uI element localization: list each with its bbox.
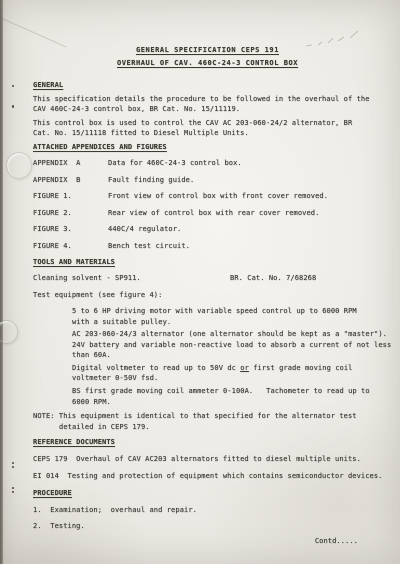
figure-text: Front view of control box with front cov… bbox=[108, 192, 328, 200]
title-text: OVERHAUL OF CAV. 460C-24-3 CONTROL BOX bbox=[117, 59, 298, 67]
equipment-item: Digital voltmeter to read up to 50V dc o… bbox=[72, 363, 382, 384]
figure-label: FIGURE 1. bbox=[33, 191, 108, 201]
paper-crease bbox=[2, 18, 66, 47]
equipment-item: 5 to 6 HP driving motor with variable sp… bbox=[72, 306, 382, 327]
punch-hole-emboss bbox=[0, 320, 18, 344]
equipment-line: than 60A. bbox=[72, 350, 382, 360]
figure-label: FIGURE 3. bbox=[33, 224, 108, 234]
note-line: NOTE: This equipment is identical to tha… bbox=[33, 411, 382, 421]
continued-marker: Contd..... bbox=[33, 536, 358, 546]
solvent-row: Cleaning solvent - SP911. BR. Cat. No. 7… bbox=[33, 273, 382, 283]
figure-label: FIGURE 2. bbox=[33, 208, 108, 218]
general-paragraph-2: This control box is used to control the … bbox=[33, 118, 382, 139]
note-line: detailed in CEPS 179. bbox=[59, 422, 382, 432]
appendix-row: APPENDIX BFault finding guide. bbox=[33, 175, 382, 185]
note-paragraph: NOTE: This equipment is identical to tha… bbox=[33, 411, 382, 432]
figure-text: 440C/4 regulator. bbox=[108, 225, 181, 233]
ink-speck bbox=[12, 462, 14, 464]
test-equipment-intro: Test equipment (see figure 4): bbox=[33, 290, 382, 300]
punch-hole-emboss bbox=[6, 152, 32, 179]
figure-row: FIGURE 3.440C/4 regulator. bbox=[33, 224, 382, 234]
paragraph-line: This specification details the procedure… bbox=[33, 94, 382, 104]
ink-speck bbox=[12, 487, 14, 489]
reference-item: CEPS 179 Overhaul of CAV AC203 alternato… bbox=[33, 454, 382, 464]
ink-speck bbox=[12, 491, 14, 493]
solvent-text: Cleaning solvent - SP911. bbox=[33, 274, 141, 282]
procedure-item: 2. Testing. bbox=[33, 521, 382, 531]
paragraph-line: This control box is used to control the … bbox=[33, 118, 382, 128]
underlined-word: or bbox=[240, 364, 249, 372]
appendix-label: APPENDIX A bbox=[33, 158, 108, 168]
document-title-line1: GENERAL SPECIFICATION CEPS 191 bbox=[33, 45, 382, 55]
section-heading-general: GENERAL bbox=[33, 80, 382, 90]
equipment-line: 24V battery and variable non-reactive lo… bbox=[72, 340, 382, 350]
equipment-line: voltmeter 0-50V fsd. bbox=[72, 373, 382, 383]
paragraph-line: CAV 460C-24-3 control box, BR Cat. No. 1… bbox=[33, 104, 382, 114]
equipment-line: AC 203-060-24/3 alternator (one alternat… bbox=[72, 329, 382, 339]
document-content: GENERAL SPECIFICATION CEPS 191 OVERHAUL … bbox=[33, 45, 382, 546]
title-text: GENERAL SPECIFICATION CEPS 191 bbox=[136, 46, 279, 54]
section-heading-tools: TOOLS AND MATERIALS bbox=[33, 257, 382, 267]
figure-label: FIGURE 4. bbox=[33, 241, 108, 251]
equipment-line: 5 to 6 HP driving motor with variable sp… bbox=[72, 306, 382, 316]
scanned-document-page: GENERAL SPECIFICATION CEPS 191 OVERHAUL … bbox=[0, 0, 400, 564]
appendix-row: APPENDIX AData for 460C-24-3 control box… bbox=[33, 158, 382, 168]
general-paragraph-1: This specification details the procedure… bbox=[33, 94, 382, 115]
figure-text: Bench test circuit. bbox=[108, 242, 190, 250]
equipment-line: Digital voltmeter to read up to 50V dc o… bbox=[72, 363, 382, 373]
procedure-item: 1. Examination; overhaul and repair. bbox=[33, 505, 382, 515]
equipment-line: with a suitable pulley. bbox=[72, 317, 382, 327]
paragraph-line: Cat. No. 15/11118 fitted to Diesel Multi… bbox=[33, 128, 382, 138]
section-heading-appendices: ATTACHED APPENDICES AND FIGURES bbox=[33, 142, 382, 152]
figure-row: FIGURE 1.Front view of control box with … bbox=[33, 191, 382, 201]
equipment-item: AC 203-060-24/3 alternator (one alternat… bbox=[72, 329, 382, 360]
section-heading-references: REFERENCE DOCUMENTS bbox=[33, 437, 382, 447]
equipment-line: BS first grade moving coil ammeter 0-100… bbox=[72, 386, 382, 396]
reference-item: EI 014 Testing and protection of equipme… bbox=[33, 471, 382, 481]
section-heading-procedure: PROCEDURE bbox=[33, 488, 382, 498]
figure-text: Rear view of control box with rear cover… bbox=[108, 209, 319, 217]
appendix-text: Data for 460C-24-3 control box. bbox=[108, 159, 242, 167]
ink-speck bbox=[12, 466, 14, 468]
equipment-line: 6000 RPM. bbox=[72, 397, 382, 407]
ink-speck bbox=[12, 105, 14, 108]
figure-row: FIGURE 2.Rear view of control box with r… bbox=[33, 208, 382, 218]
figure-row: FIGURE 4.Bench test circuit. bbox=[33, 241, 382, 251]
catalogue-number: BR. Cat. No. 7/68268 bbox=[230, 273, 316, 283]
document-title-line2: OVERHAUL OF CAV. 460C-24-3 CONTROL BOX bbox=[33, 58, 382, 68]
appendix-label: APPENDIX B bbox=[33, 175, 108, 185]
scan-edge-shadow bbox=[0, 0, 3, 564]
ink-speck bbox=[12, 85, 14, 87]
appendix-text: Fault finding guide. bbox=[108, 176, 194, 184]
equipment-item: BS first grade moving coil ammeter 0-100… bbox=[72, 386, 382, 407]
